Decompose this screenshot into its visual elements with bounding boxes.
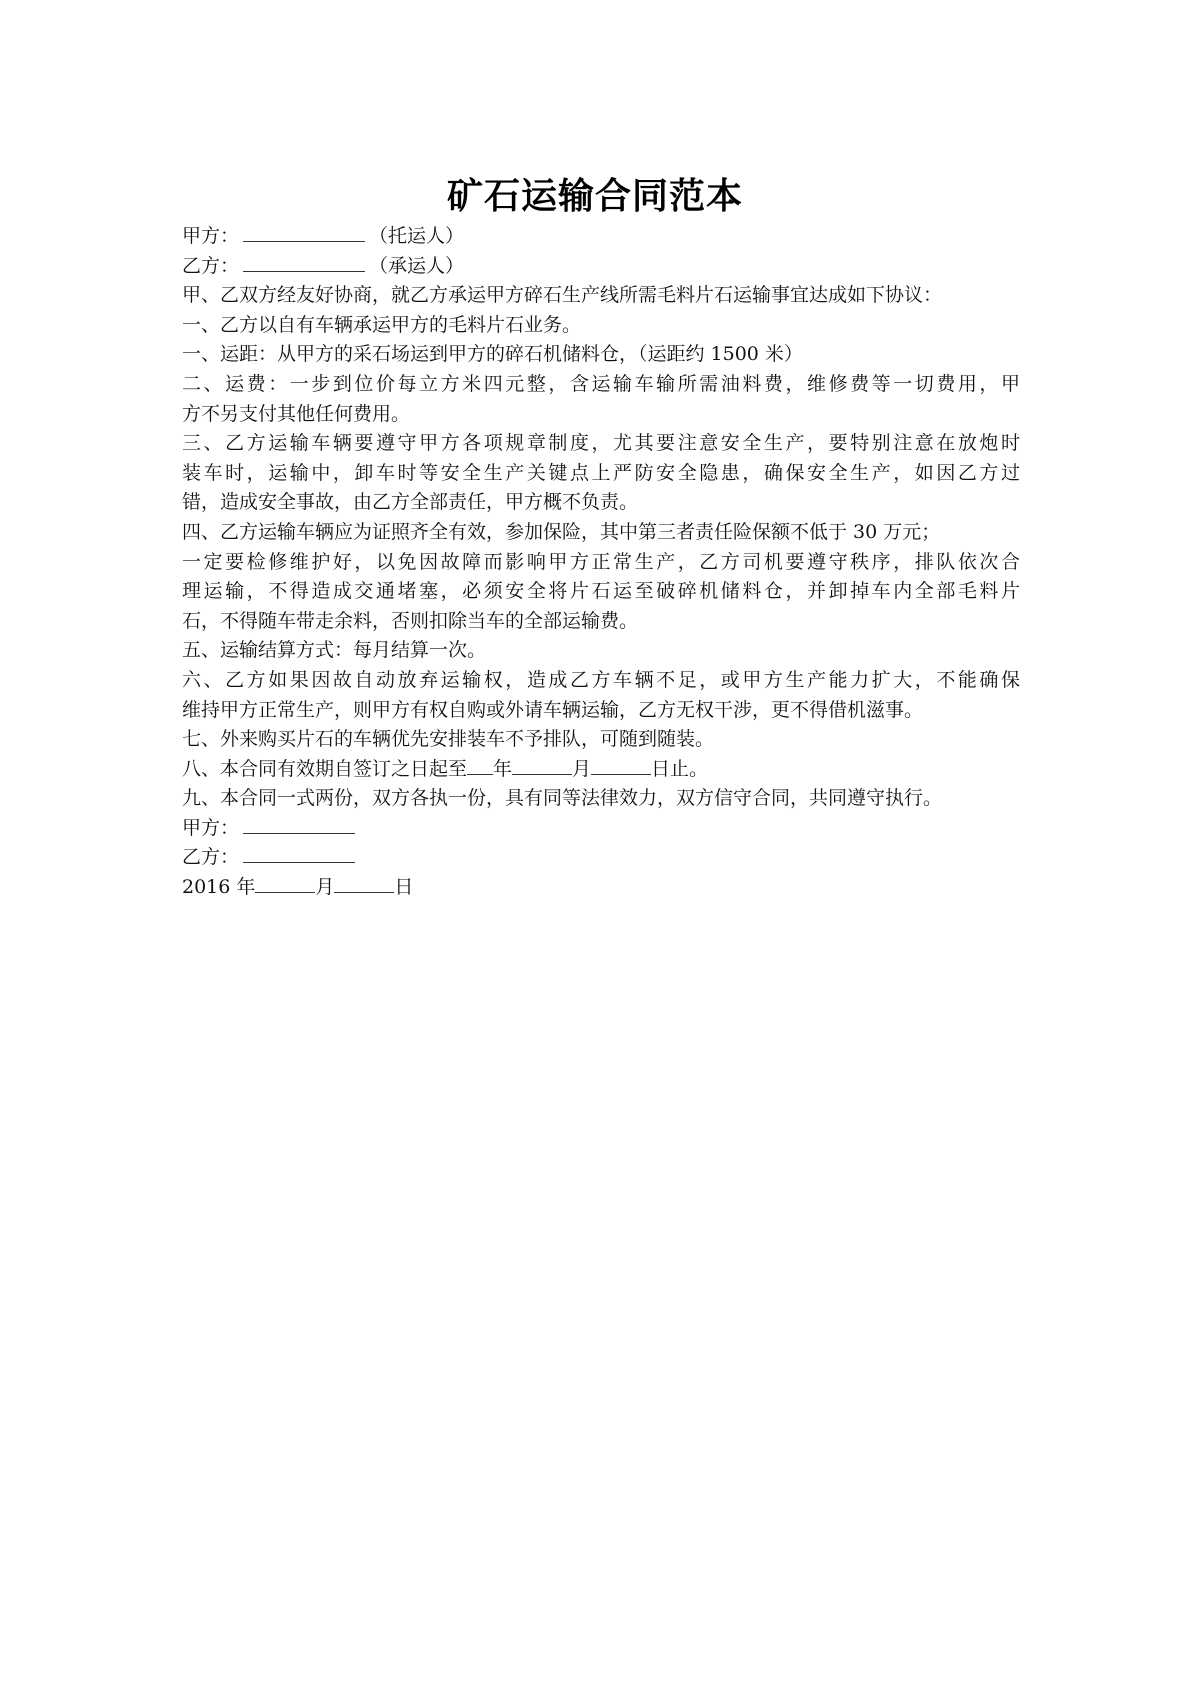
clause-line: 石，不得随车带走余料，否则扣除当车的全部运输费。 [182, 607, 1020, 637]
clause-line: 装车时，运输中，卸车时等安全生产关键点上严防安全隐患，确保安全生产，如因乙方过 [182, 459, 1020, 489]
party-b-line: 乙方：（承运人） [182, 252, 1020, 282]
date-year-label: 年 [230, 876, 255, 898]
date-day-blank[interactable] [334, 874, 394, 893]
clause-line: 错，造成安全事故，由乙方全部责任，甲方概不负责。 [182, 488, 1020, 518]
clause-line: 七、外来购买片石的车辆优先安排装车不予排队，可随到随装。 [182, 725, 1020, 755]
clause-line: 四、乙方运输车辆应为证照齐全有效，参加保险，其中第三者责任险保额不低于 30 万… [182, 518, 1020, 548]
party-b-blank[interactable] [243, 253, 365, 272]
clause-line: 维持甲方正常生产，则甲方有权自购或外请车辆运输，乙方无权干涉，更不得借机滋事。 [182, 696, 1020, 726]
signature-party-a: 甲方： [182, 814, 1020, 844]
clause-line: 五、运输结算方式：每月结算一次。 [182, 636, 1020, 666]
signature-date: 2016 年月日 [182, 873, 1020, 903]
date-month-blank[interactable] [255, 874, 315, 893]
clause-line: 一、运距：从甲方的采石场运到甲方的碎石机储料仓，（运距约 1500 米） [182, 340, 1020, 370]
month-label: 月 [572, 758, 591, 780]
document-page: 矿石运输合同范本 甲方：（托运人） 乙方：（承运人） 甲、乙双方经友好协商，就乙… [0, 0, 1190, 1683]
document-title: 矿石运输合同范本 [0, 168, 1190, 219]
clause-line: 三、乙方运输车辆要遵守甲方各项规章制度，尤其要注意安全生产，要特别注意在放炮时 [182, 429, 1020, 459]
signature-party-b-blank[interactable] [243, 844, 355, 863]
party-b-note: （承运人） [369, 255, 464, 277]
day-end-label: 日止。 [651, 758, 708, 780]
party-a-blank[interactable] [243, 223, 365, 242]
party-a-line: 甲方：（托运人） [182, 222, 1020, 252]
signature-party-b: 乙方： [182, 843, 1020, 873]
clause-line: 方不另支付其他任何费用。 [182, 400, 1020, 430]
clause-line: 六、乙方如果因故自动放弃运输权，造成乙方车辆不足，或甲方生产能力扩大，不能确保 [182, 666, 1020, 696]
date-day-label: 日 [394, 876, 413, 898]
signature-party-a-label: 甲方： [182, 817, 239, 839]
clause-line: 一定要检修维护好，以免因故障而影响甲方正常生产，乙方司机要遵守秩序，排队依次合 [182, 548, 1020, 578]
clause-eight-prefix: 八、本合同有效期自签订之日起至 [182, 758, 467, 780]
party-a-label: 甲方： [182, 225, 239, 247]
signature-party-b-label: 乙方： [182, 846, 239, 868]
party-b-label: 乙方： [182, 255, 239, 277]
expiry-month-blank[interactable] [512, 756, 572, 775]
document-body: 甲方：（托运人） 乙方：（承运人） 甲、乙双方经友好协商，就乙方承运甲方碎石生产… [182, 222, 1020, 903]
clause-nine-line: 九、本合同一式两份，双方各执一份，具有同等法律效力，双方信守合同，共同遵守执行。 [182, 784, 1020, 814]
intro-paragraph: 甲、乙双方经友好协商，就乙方承运甲方碎石生产线所需毛料片石运输事宜达成如下协议： [182, 281, 1020, 311]
clause-line: 二、运费：一步到位价每立方米四元整，含运输车输所需油料费，维修费等一切费用，甲 [182, 370, 1020, 400]
clause-line: 一、乙方以自有车辆承运甲方的毛料片石业务。 [182, 311, 1020, 341]
expiry-year-blank[interactable] [467, 756, 493, 775]
date-year-value: 2016 [182, 876, 230, 898]
party-a-note: （托运人） [369, 225, 464, 247]
year-label: 年 [493, 758, 512, 780]
signature-party-a-blank[interactable] [243, 815, 355, 834]
clause-line: 理运输，不得造成交通堵塞，必须安全将片石运至破碎机储料仓，并卸掉车内全部毛料片 [182, 577, 1020, 607]
expiry-day-blank[interactable] [591, 756, 651, 775]
date-month-label: 月 [315, 876, 334, 898]
clause-eight-line: 八、本合同有效期自签订之日起至年月日止。 [182, 755, 1020, 785]
